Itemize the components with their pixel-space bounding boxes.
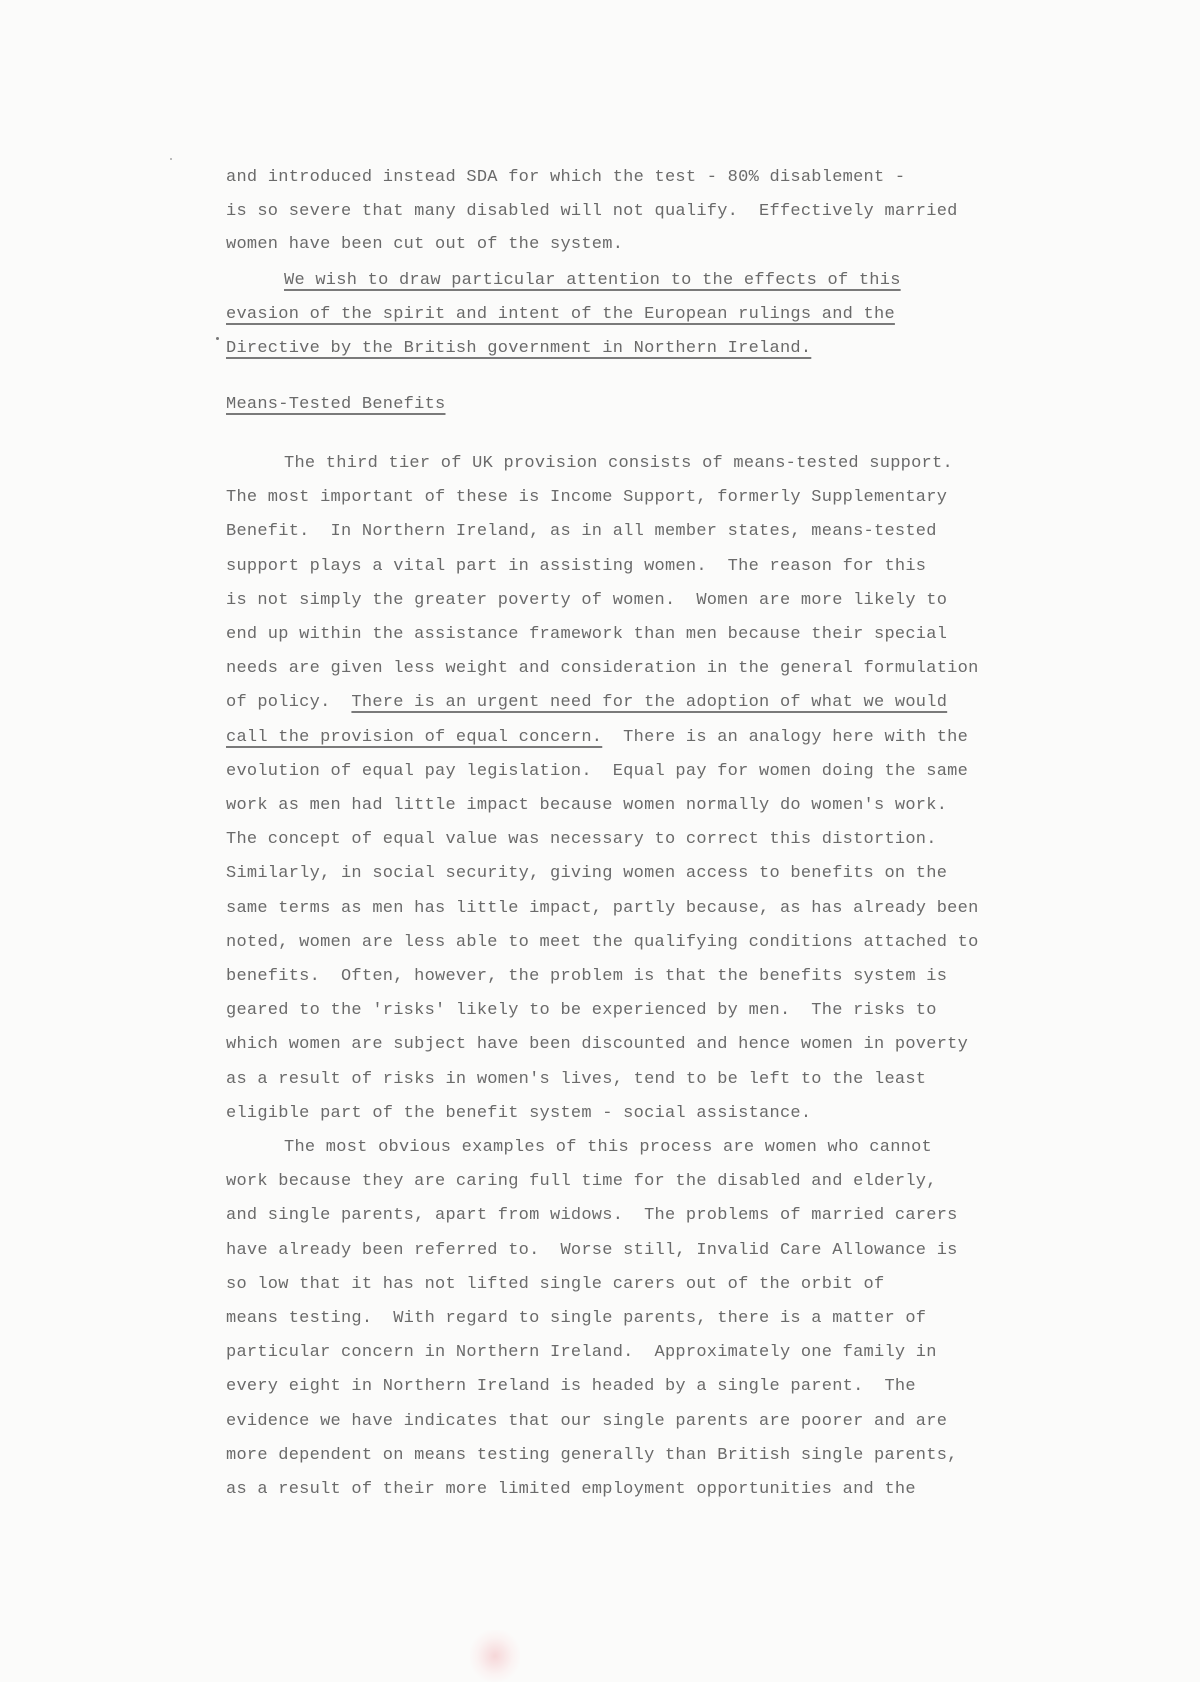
text-span: evidence we have indicates that our sing… <box>226 1412 947 1431</box>
text-span: geared to the 'risks' likely to be exper… <box>226 1001 937 1020</box>
text-span: particular concern in Northern Ireland. … <box>226 1343 937 1362</box>
text-span: The third tier of UK provision consists … <box>284 454 953 473</box>
text-line: every eight in Northern Ireland is heade… <box>226 1376 916 1398</box>
text-line: work as men had little impact because wo… <box>226 795 947 817</box>
text-line: and introduced instead SDA for which the… <box>226 167 905 189</box>
text-span: Benefit. In Northern Ireland, as in all … <box>226 522 937 541</box>
text-span: so low that it has not lifted single car… <box>226 1275 884 1294</box>
text-line: work because they are caring full time f… <box>226 1171 937 1193</box>
text-line: which women are subject have been discou… <box>226 1034 968 1056</box>
text-span: which women are subject have been discou… <box>226 1035 968 1054</box>
text-line: evasion of the spirit and intent of the … <box>226 304 895 326</box>
text-line: benefits. Often, however, the problem is… <box>226 966 947 988</box>
text-span: and introduced instead SDA for which the… <box>226 168 905 187</box>
text-line: of policy. There is an urgent need for t… <box>226 692 947 714</box>
text-line: as a result of risks in women's lives, t… <box>226 1069 926 1091</box>
text-span: women have been cut out of the system. <box>226 235 623 254</box>
underlined-text: Directive by the British government in N… <box>226 339 811 358</box>
text-line: The most obvious examples of this proces… <box>284 1137 932 1159</box>
margin-mark <box>216 337 219 340</box>
text-line: The concept of equal value was necessary… <box>226 829 937 851</box>
red-stamp-mark <box>470 1630 520 1682</box>
text-span: support plays a vital part in assisting … <box>226 557 926 576</box>
text-line: Similarly, in social security, giving wo… <box>226 863 947 885</box>
text-line: is so severe that many disabled will not… <box>226 201 958 223</box>
text-line: particular concern in Northern Ireland. … <box>226 1342 937 1364</box>
text-span: end up within the assistance framework t… <box>226 625 947 644</box>
text-line: more dependent on means testing generall… <box>226 1445 958 1467</box>
text-line: Benefit. In Northern Ireland, as in all … <box>226 521 937 543</box>
underlined-text: evasion of the spirit and intent of the … <box>226 305 895 324</box>
text-line: end up within the assistance framework t… <box>226 624 947 646</box>
text-span: needs are given less weight and consider… <box>226 659 979 678</box>
text-span: as a result of their more limited employ… <box>226 1480 916 1499</box>
text-span: noted, women are less able to meet the q… <box>226 933 979 952</box>
text-line: eligible part of the benefit system - so… <box>226 1103 811 1125</box>
text-span: The most obvious examples of this proces… <box>284 1138 932 1157</box>
text-line: needs are given less weight and consider… <box>226 658 979 680</box>
text-line: The most important of these is Income Su… <box>226 487 947 509</box>
section-heading: Means-Tested Benefits <box>226 394 446 416</box>
text-line: support plays a vital part in assisting … <box>226 556 926 578</box>
text-span: every eight in Northern Ireland is heade… <box>226 1377 916 1396</box>
text-line: so low that it has not lifted single car… <box>226 1274 884 1296</box>
text-line: We wish to draw particular attention to … <box>284 270 901 292</box>
text-span: and single parents, apart from widows. T… <box>226 1206 958 1225</box>
text-span: same terms as men has little impact, par… <box>226 899 979 918</box>
text-line: as a result of their more limited employ… <box>226 1479 916 1501</box>
text-span: Similarly, in social security, giving wo… <box>226 864 947 883</box>
text-span: work because they are caring full time f… <box>226 1172 937 1191</box>
text-line: evolution of equal pay legislation. Equa… <box>226 761 968 783</box>
text-span: of policy. <box>226 693 351 712</box>
text-span: means testing. With regard to single par… <box>226 1309 926 1328</box>
text-line: women have been cut out of the system. <box>226 234 623 256</box>
text-span: The most important of these is Income Su… <box>226 488 947 507</box>
text-span: have already been referred to. Worse sti… <box>226 1241 958 1260</box>
underlined-text: call the provision of equal concern. <box>226 728 602 747</box>
text-span: eligible part of the benefit system - so… <box>226 1104 811 1123</box>
underlined-text: Means-Tested Benefits <box>226 395 446 414</box>
text-span: The concept of equal value was necessary… <box>226 830 937 849</box>
text-line: call the provision of equal concern. The… <box>226 727 968 749</box>
text-line: The third tier of UK provision consists … <box>284 453 953 475</box>
document-page: and introduced instead SDA for which the… <box>0 0 1200 1682</box>
scan-speck <box>170 158 172 160</box>
text-line: and single parents, apart from widows. T… <box>226 1205 958 1227</box>
underlined-text: There is an urgent need for the adoption… <box>351 693 947 712</box>
text-line: geared to the 'risks' likely to be exper… <box>226 1000 937 1022</box>
text-span: is not simply the greater poverty of wom… <box>226 591 947 610</box>
text-span: evolution of equal pay legislation. Equa… <box>226 762 968 781</box>
text-line: is not simply the greater poverty of wom… <box>226 590 947 612</box>
text-line: have already been referred to. Worse sti… <box>226 1240 958 1262</box>
text-line: same terms as men has little impact, par… <box>226 898 979 920</box>
text-span: more dependent on means testing generall… <box>226 1446 958 1465</box>
text-span: as a result of risks in women's lives, t… <box>226 1070 926 1089</box>
text-line: means testing. With regard to single par… <box>226 1308 926 1330</box>
text-span: work as men had little impact because wo… <box>226 796 947 815</box>
text-line: noted, women are less able to meet the q… <box>226 932 979 954</box>
text-span: There is an analogy here with the <box>602 728 968 747</box>
underlined-text: We wish to draw particular attention to … <box>284 271 901 290</box>
text-span: is so severe that many disabled will not… <box>226 202 958 221</box>
text-line: Directive by the British government in N… <box>226 338 811 360</box>
text-span: benefits. Often, however, the problem is… <box>226 967 947 986</box>
text-line: evidence we have indicates that our sing… <box>226 1411 947 1433</box>
